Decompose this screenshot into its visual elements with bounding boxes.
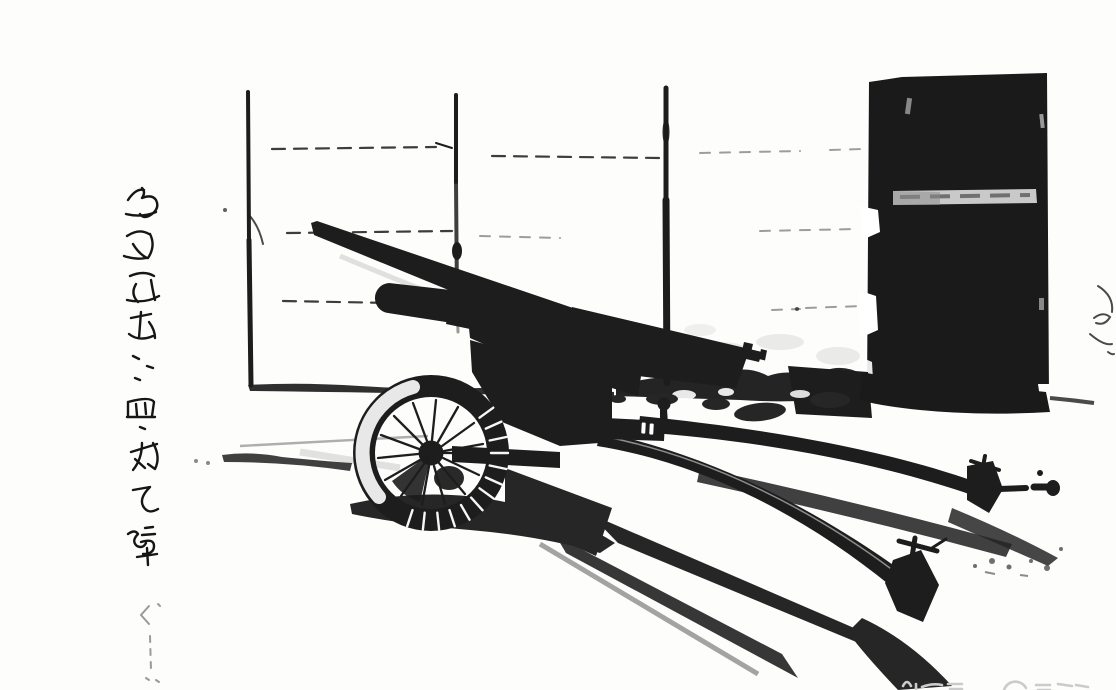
photo-scan: High-contrast black-and-white photograph… [0, 0, 1116, 690]
gun-barrel [311, 221, 594, 354]
trail-spade-near [885, 538, 946, 622]
trail-marking [649, 423, 654, 434]
right-edge-page-mark [1090, 286, 1114, 354]
hand-knob [658, 398, 671, 411]
photograph-artwork [0, 0, 1116, 690]
trail-marking [641, 422, 646, 433]
dark-doorway [858, 73, 1049, 399]
trail-spade-far [967, 456, 1060, 513]
handwritten-caption-column [124, 188, 160, 682]
